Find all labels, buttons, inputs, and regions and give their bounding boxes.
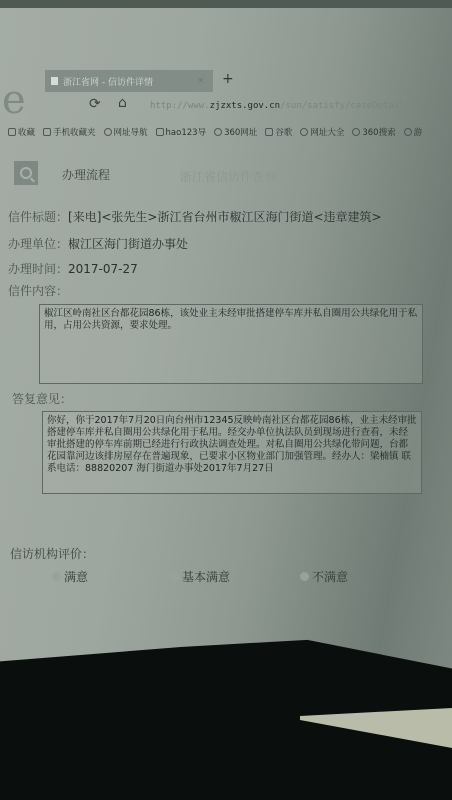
address-bar[interactable]: http://www.zjzxts.gov.cn/sun/satisfy/cas… bbox=[150, 98, 452, 114]
letter-title-label: 信件标题： bbox=[8, 210, 68, 224]
handling-unit-label: 办理单位： bbox=[8, 237, 68, 251]
page-icon bbox=[265, 128, 273, 136]
new-tab-button[interactable]: + bbox=[222, 71, 234, 87]
reply-content-textarea[interactable]: 你好，你于2017年7月20日向台州市12345反映岭南社区台都花园86栋，业主… bbox=[42, 411, 422, 494]
globe-icon bbox=[104, 128, 112, 136]
process-link[interactable]: 办理流程 bbox=[62, 166, 110, 183]
bookmark-game[interactable]: 游 bbox=[404, 126, 423, 138]
letter-title-row: 信件标题：[来电]<张先生>浙江省台州市椒江区海门街道<违章建筑> bbox=[8, 208, 382, 225]
folder-icon bbox=[43, 128, 51, 136]
bookmark-nav[interactable]: 网址导航 bbox=[104, 126, 148, 138]
handling-unit-value: 椒江区海门街道办事处 bbox=[68, 237, 188, 251]
bookmark-google[interactable]: 谷歌 bbox=[265, 126, 292, 138]
tab-close-icon[interactable]: × bbox=[197, 76, 207, 86]
handling-time-value: 2017-07-27 bbox=[68, 262, 138, 276]
search-icon bbox=[20, 167, 32, 179]
bookmark-360[interactable]: 360网址 bbox=[214, 126, 257, 138]
bookmark-hao123[interactable]: hao123导 bbox=[156, 126, 207, 138]
rating-satisfied-radio[interactable]: 满意 bbox=[52, 568, 88, 585]
letter-title-value: [来电]<张先生>浙江省台州市椒江区海门街道<违章建筑> bbox=[68, 210, 382, 224]
reply-label: 答复意见： bbox=[12, 390, 72, 407]
bookmark-daquan[interactable]: 网址大全 bbox=[300, 126, 344, 138]
radio-icon bbox=[52, 572, 61, 581]
handling-time-label: 办理时间： bbox=[8, 262, 68, 276]
address-host: zjzxts.gov.cn bbox=[210, 101, 280, 111]
bookmark-mobile-favorites[interactable]: 手机收藏夹 bbox=[43, 126, 96, 138]
bookmarks-bar: 收藏 手机收藏夹 网址导航 hao123导 360网址 谷歌 网址大全 360搜… bbox=[0, 122, 452, 142]
handling-time-row: 办理时间：2017-07-27 bbox=[8, 260, 138, 277]
search-button[interactable] bbox=[14, 161, 38, 185]
letter-content-textarea[interactable]: 椒江区岭南社区台都花园86栋，该处业主未经审批搭建停车库并私自圈用公共绿化用于私… bbox=[39, 304, 423, 384]
table-surface bbox=[300, 708, 452, 748]
browser-tab[interactable]: 浙江省网 - 信访件详情 × bbox=[45, 70, 213, 92]
star-icon bbox=[8, 128, 16, 136]
radio-icon bbox=[300, 572, 309, 581]
refresh-icon[interactable]: ⟳ bbox=[89, 96, 101, 112]
globe-icon bbox=[300, 128, 308, 136]
browser-logo-icon: e bbox=[2, 80, 26, 120]
address-suffix: /sun/satisfy/caseDetail.jsp bbox=[280, 101, 426, 111]
bookmark-360-search[interactable]: 360搜索 bbox=[352, 126, 395, 138]
page-title: 浙江省信访件查询 bbox=[180, 168, 276, 185]
rating-unsatisfied-radio[interactable]: 不满意 bbox=[300, 568, 348, 585]
page-icon bbox=[51, 77, 58, 85]
rating-label: 信访机构评价： bbox=[10, 545, 94, 562]
home-icon[interactable]: ⌂ bbox=[118, 95, 127, 111]
handling-unit-row: 办理单位：椒江区海门街道办事处 bbox=[8, 235, 188, 252]
page-icon bbox=[156, 128, 164, 136]
360-icon bbox=[214, 128, 222, 136]
360-search-icon bbox=[352, 128, 360, 136]
content-label: 信件内容： bbox=[8, 282, 68, 299]
tab-title: 浙江省网 - 信访件详情 bbox=[63, 75, 197, 88]
address-prefix: http://www. bbox=[150, 101, 210, 111]
rating-basically-satisfied-radio[interactable]: 基本满意 bbox=[170, 568, 230, 585]
game-icon bbox=[404, 128, 412, 136]
bookmark-favorites[interactable]: 收藏 bbox=[8, 126, 35, 138]
radio-icon bbox=[170, 572, 179, 581]
